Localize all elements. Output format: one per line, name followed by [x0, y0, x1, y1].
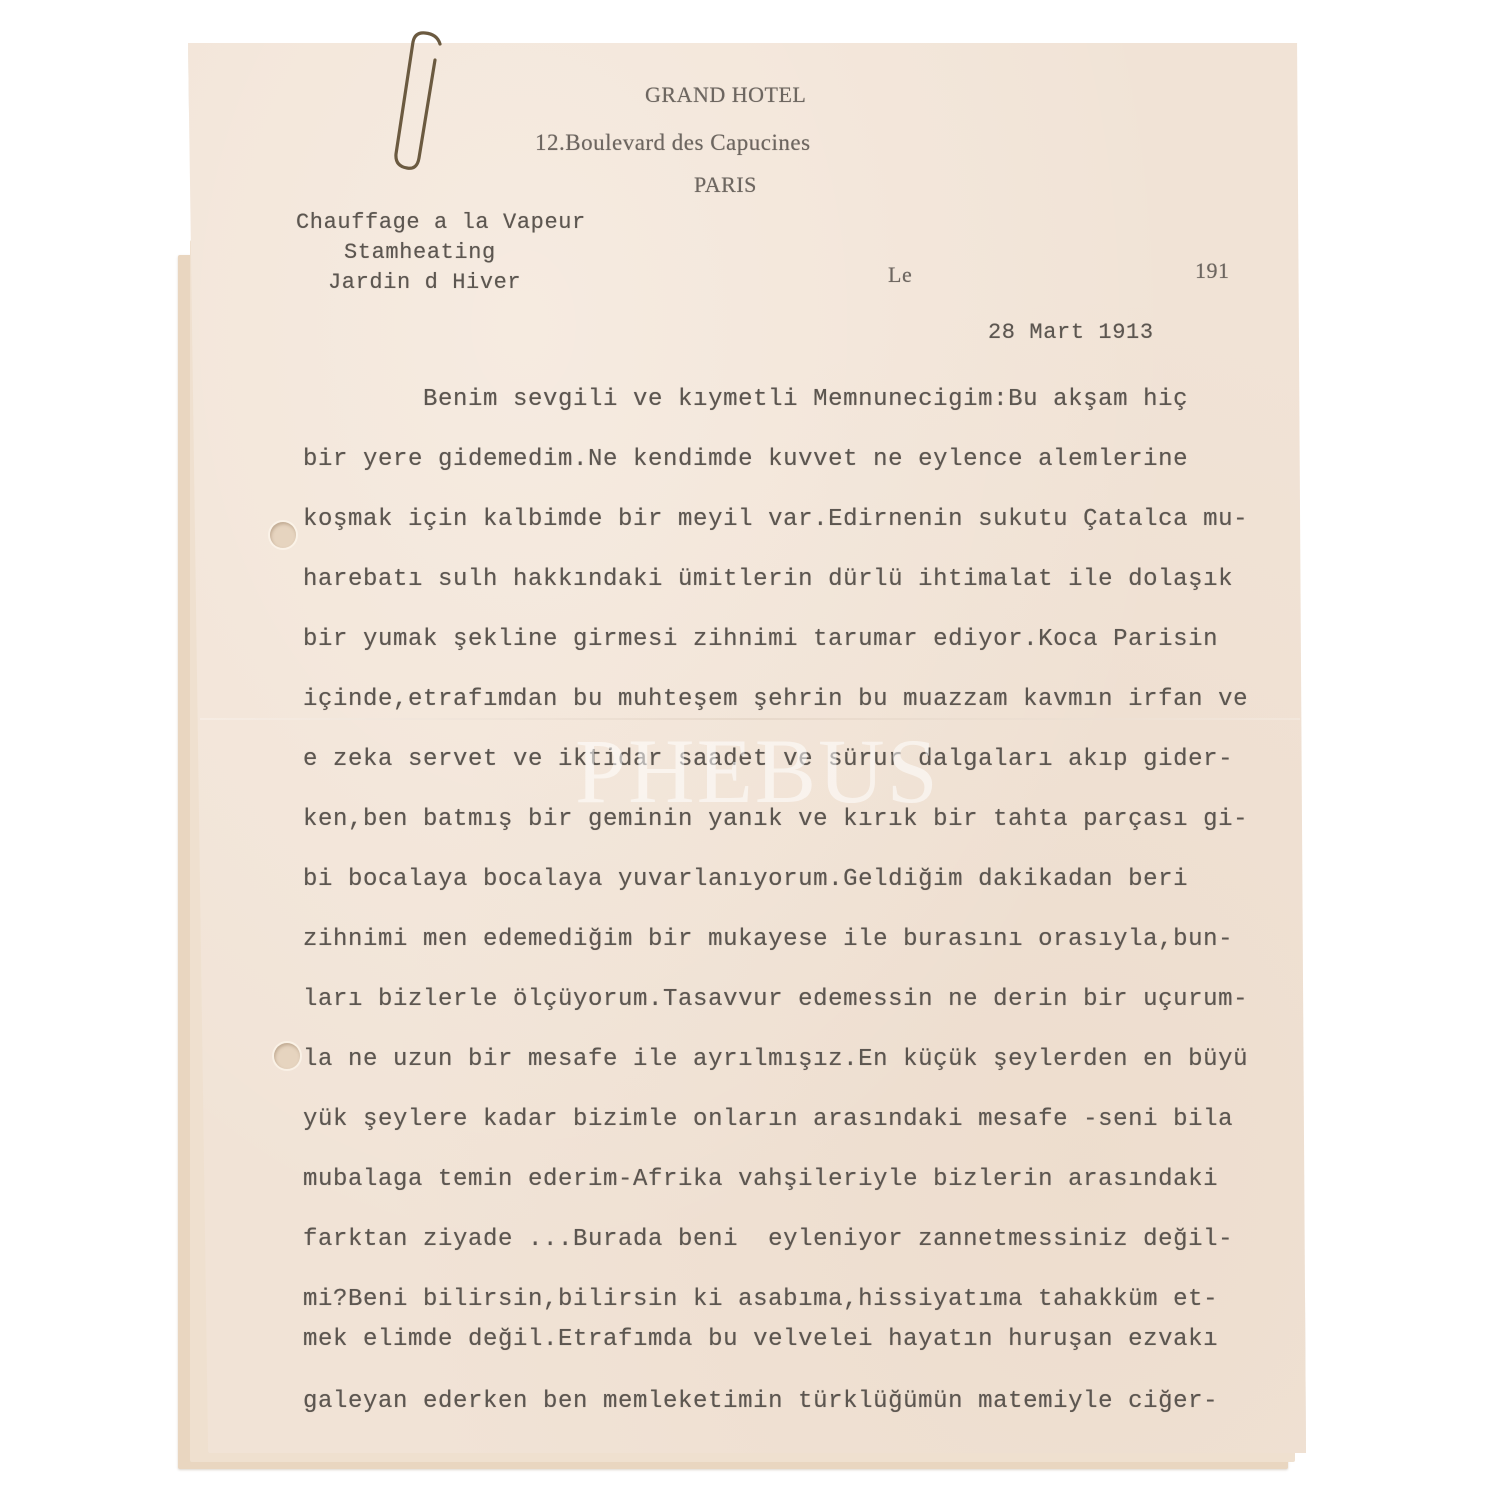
punch-hole-icon [270, 522, 296, 548]
date-year-prefix: 191 [1195, 258, 1230, 284]
body-line: bir yumak şekline girmesi zihnimi taruma… [303, 626, 1218, 653]
paperclip-icon [383, 28, 453, 178]
amenity-steam-heating-en: Stamheating [344, 240, 496, 265]
body-line: içinde,etrafımdan bu muhteşem şehrin bu … [303, 686, 1248, 713]
body-line: harebatı sulh hakkındaki ümitlerin dürlü… [303, 566, 1233, 593]
hotel-city: PARIS [694, 172, 757, 198]
body-line: yük şeylere kadar bizimle onların arasın… [303, 1106, 1233, 1133]
body-line: mi?Beni bilirsin,bilirsin ki asabıma,his… [303, 1286, 1218, 1313]
body-line: mubalaga temin ederim-Afrika vahşileriyl… [303, 1166, 1218, 1193]
body-line: bi bocalaya bocalaya yuvarlanıyorum.Geld… [303, 866, 1188, 893]
punch-hole-icon [274, 1043, 300, 1069]
body-line: koşmak için kalbimde bir meyil var.Edirn… [303, 506, 1248, 533]
body-line: ken,ben batmış bir geminin yanık ve kırı… [303, 806, 1248, 833]
letter-date: 28 Mart 1913 [988, 320, 1154, 345]
amenity-winter-garden: Jardin d Hiver [328, 270, 521, 295]
body-line: la ne uzun bir mesafe ile ayrılmışız.En … [303, 1046, 1248, 1073]
amenity-steam-heating-fr: Chauffage a la Vapeur [296, 210, 586, 235]
document-photo: GRAND HOTEL 12.Boulevard des Capucines P… [0, 0, 1500, 1500]
paper-fold [200, 718, 1300, 720]
body-line: ları bizlerle ölçüyorum.Tasavvur edemess… [303, 986, 1248, 1013]
hotel-name: GRAND HOTEL [645, 82, 806, 108]
date-prefix: Le [888, 262, 912, 288]
body-line: zihnimi men edemediğim bir mukayese ile … [303, 926, 1233, 953]
body-line: farktan ziyade ...Burada beni eyleniyor … [303, 1226, 1233, 1253]
body-line: mek elimde değil.Etrafımda bu velvelei h… [303, 1326, 1218, 1353]
body-line: e zeka servet ve iktidar saadet ve sürur… [303, 746, 1233, 773]
body-line: bir yere gidemedim.Ne kendimde kuvvet ne… [303, 446, 1188, 473]
body-line: Benim sevgili ve kıymetli Memnunecigim:B… [303, 386, 1188, 413]
body-line: galeyan ederken ben memleketimin türklüğ… [303, 1388, 1218, 1415]
hotel-address: 12.Boulevard des Capucines [535, 130, 811, 156]
